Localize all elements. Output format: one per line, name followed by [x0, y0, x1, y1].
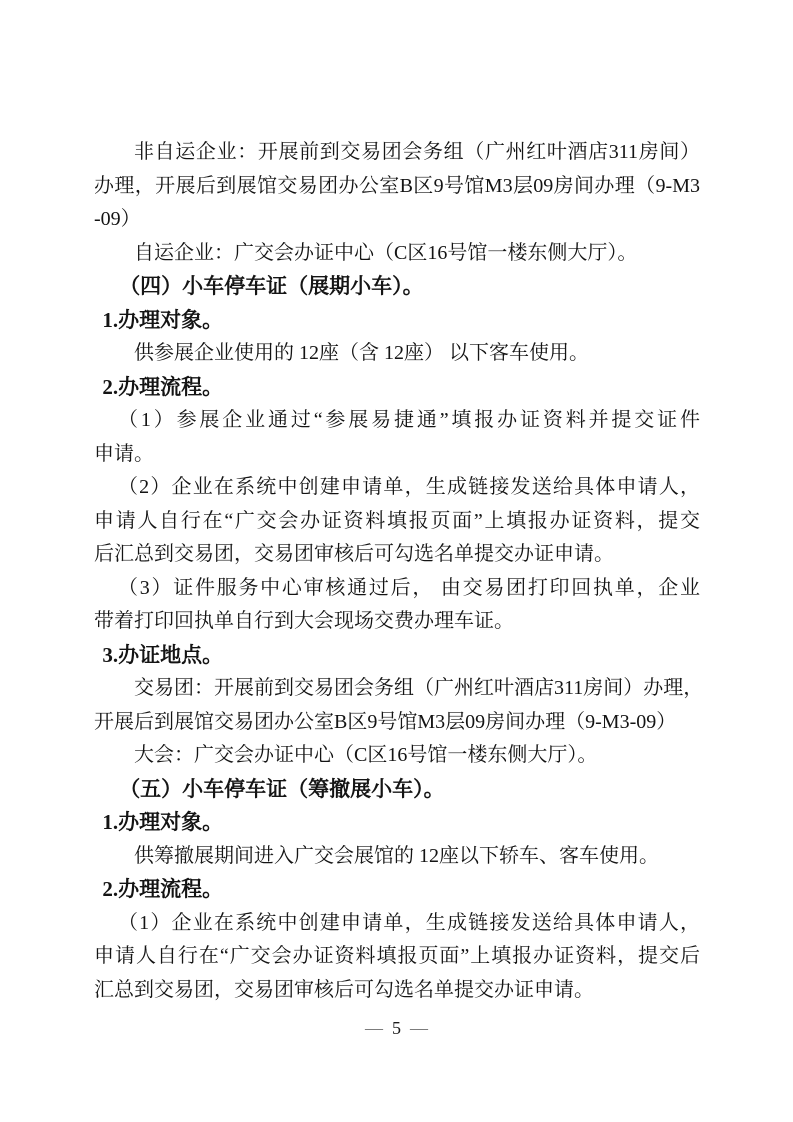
text-line: 供参展企业使用的 12座（含 12座） 以下客车使用。: [94, 337, 700, 371]
paragraph: 交易团：开展前到交易团会务组（广州红叶酒店311房间）办理， 开展后到展馆交易团…: [94, 672, 700, 739]
text-line: -09）: [94, 203, 700, 237]
paragraph: 非自运企业：开展前到交易团会务组（广州红叶酒店311房间） 办理，开展后到展馆交…: [94, 136, 700, 237]
paragraph: 供筹撤展期间进入广交会展馆的 12座以下轿车、客车使用。: [94, 840, 700, 874]
text-line: （3）证件服务中心审核通过后， 由交易团打印回执单，企业: [94, 572, 700, 606]
text-line: （1）参展企业通过“参展易捷通”填报办证资料并提交证件: [94, 404, 700, 438]
section-heading: （五）小车停车证（筹撤展小车）。: [94, 773, 700, 807]
text-line: 供筹撤展期间进入广交会展馆的 12座以下轿车、客车使用。: [94, 840, 700, 874]
paragraph: （1）参展企业通过“参展易捷通”填报办证资料并提交证件 申请。: [94, 404, 700, 471]
paragraph: 供参展企业使用的 12座（含 12座） 以下客车使用。: [94, 337, 700, 371]
footer-dash: —: [365, 1018, 383, 1038]
text-line: 办理，开展后到展馆交易团办公室B区9号馆M3层09房间办理（9-M3: [94, 170, 700, 204]
page-footer: —5—: [0, 1018, 793, 1039]
footer-dash: —: [410, 1018, 428, 1038]
text-line: 申请人自行在“广交会办证资料填报页面”上填报办证资料，提交: [94, 505, 700, 539]
paragraph: 自运企业：广交会办证中心（C区16号馆一楼东侧大厅）。: [94, 237, 700, 271]
text-line: 2.办理流程。: [94, 371, 700, 405]
text-line: 大会：广交会办证中心（C区16号馆一楼东侧大厅）。: [94, 739, 700, 773]
document-body: 非自运企业：开展前到交易团会务组（广州红叶酒店311房间） 办理，开展后到展馆交…: [94, 136, 700, 1007]
text-line: 自运企业：广交会办证中心（C区16号馆一楼东侧大厅）。: [94, 237, 700, 271]
paragraph: （2）企业在系统中创建申请单，生成链接发送给具体申请人， 申请人自行在“广交会办…: [94, 471, 700, 572]
text-line: （1）企业在系统中创建申请单，生成链接发送给具体申请人，: [94, 907, 700, 941]
text-line: 1.办理对象。: [94, 806, 700, 840]
paragraph: 大会：广交会办证中心（C区16号馆一楼东侧大厅）。: [94, 739, 700, 773]
text-line: 1.办理对象。: [94, 304, 700, 338]
text-line: 汇总到交易团，交易团审核后可勾选名单提交办证申请。: [94, 974, 700, 1008]
text-line: 带着打印回执单自行到大会现场交费办理车证。: [94, 605, 700, 639]
text-line: 申请。: [94, 438, 700, 472]
section-heading: 1.办理对象。: [94, 806, 700, 840]
section-heading: （四）小车停车证（展期小车）。: [94, 270, 700, 304]
section-heading: 2.办理流程。: [94, 873, 700, 907]
text-line: 交易团：开展前到交易团会务组（广州红叶酒店311房间）办理，: [94, 672, 700, 706]
text-line: （四）小车停车证（展期小车）。: [94, 270, 700, 304]
text-line: 3.办证地点。: [94, 639, 700, 673]
text-line: 非自运企业：开展前到交易团会务组（广州红叶酒店311房间）: [94, 136, 700, 170]
section-heading: 1.办理对象。: [94, 304, 700, 338]
text-line: 申请人自行在“广交会办证资料填报页面”上填报办证资料，提交后: [94, 940, 700, 974]
text-line: 2.办理流程。: [94, 873, 700, 907]
text-line: （2）企业在系统中创建申请单，生成链接发送给具体申请人，: [94, 471, 700, 505]
document-page: 非自运企业：开展前到交易团会务组（广州红叶酒店311房间） 办理，开展后到展馆交…: [0, 0, 793, 1122]
text-line: （五）小车停车证（筹撤展小车）。: [94, 773, 700, 807]
text-line: 后汇总到交易团，交易团审核后可勾选名单提交办证申请。: [94, 538, 700, 572]
paragraph: （3）证件服务中心审核通过后， 由交易团打印回执单，企业 带着打印回执单自行到大…: [94, 572, 700, 639]
section-heading: 2.办理流程。: [94, 371, 700, 405]
section-heading: 3.办证地点。: [94, 639, 700, 673]
text-line: 开展后到展馆交易团办公室B区9号馆M3层09房间办理（9-M3-09）: [94, 706, 700, 740]
paragraph: （1）企业在系统中创建申请单，生成链接发送给具体申请人， 申请人自行在“广交会办…: [94, 907, 700, 1008]
page-number: 5: [392, 1018, 401, 1038]
